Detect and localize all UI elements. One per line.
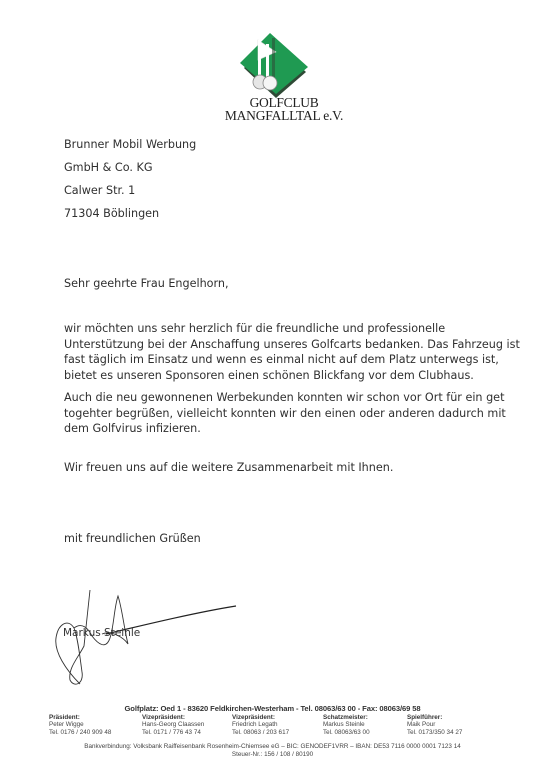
footer-officer: Vizepräsident: Friedrich Legath Tel. 080… xyxy=(232,714,289,736)
paragraph-line: Auch die neu gewonnenen Werbekunden konn… xyxy=(64,390,524,406)
officer-role: Vizepräsident: xyxy=(142,714,204,721)
footer-address: Golfplatz: Oed 1 - 83620 Feldkirchen-Wes… xyxy=(0,704,545,713)
closing: mit freundlichen Grüßen xyxy=(64,531,201,547)
paragraph-line: Unterstützung bei der Anschaffung unsere… xyxy=(64,337,524,353)
recipient-line: 71304 Böblingen xyxy=(64,207,159,220)
footer-officer: Spielführer: Maik Pour Tel. 0173/350 34 … xyxy=(407,714,462,736)
officer-phone: Tel. 08063 / 203 617 xyxy=(232,729,289,736)
officer-role: Vizepräsident: xyxy=(232,714,289,721)
paragraph-line: dem Golfvirus infizieren. xyxy=(64,421,524,437)
recipient-line: GmbH & Co. KG xyxy=(64,161,153,174)
officer-name: Peter Wigge xyxy=(49,721,111,728)
salutation: Sehr geehrte Frau Engelhorn, xyxy=(64,276,229,292)
recipient-line: Brunner Mobil Werbung xyxy=(64,138,196,151)
paragraph-2: Auch die neu gewonnenen Werbekunden konn… xyxy=(64,390,524,437)
recipient-line: Calwer Str. 1 xyxy=(64,184,135,197)
officer-phone: Tel. 0171 / 776 43 74 xyxy=(142,729,204,736)
paragraph-line: fast täglich im Einsatz und wenn es einm… xyxy=(64,352,524,368)
officer-role: Spielführer: xyxy=(407,714,462,721)
footer-officer: Vizepräsident: Hans-Georg Claassen Tel. … xyxy=(142,714,204,736)
club-name-line2: MANGFALLTAL e.V. xyxy=(220,109,348,122)
tax-line: Steuer-Nr.: 156 / 108 / 80190 xyxy=(0,751,545,759)
officer-role: Präsident: xyxy=(49,714,111,721)
paragraph-1: wir möchten uns sehr herzlich für die fr… xyxy=(64,321,524,383)
footer-officer: Präsident: Peter Wigge Tel. 0176 / 240 9… xyxy=(49,714,111,736)
officer-phone: Tel. 08063/63 00 xyxy=(323,729,370,736)
golf-club-logo-icon xyxy=(236,30,312,98)
officer-name: Friedrich Legath xyxy=(232,721,289,728)
officer-name: Hans-Georg Claassen xyxy=(142,721,204,728)
signer-name: Markus Steinle xyxy=(63,627,140,639)
officer-phone: Tel. 0173/350 34 27 xyxy=(407,729,462,736)
officer-role: Schatzmeister: xyxy=(323,714,370,721)
footer-officer: Schatzmeister: Markus Steinle Tel. 08063… xyxy=(323,714,370,736)
club-name: GOLFCLUB MANGFALLTAL e.V. xyxy=(220,96,348,122)
officer-name: Maik Pour xyxy=(407,721,462,728)
bank-line: Bankverbindung: Volksbank Raiffeisenbank… xyxy=(0,743,545,751)
paragraph-line: bietet es unseren Sponsoren einen schöne… xyxy=(64,368,524,384)
paragraph-3: Wir freuen uns auf die weitere Zusammena… xyxy=(64,460,393,476)
footer-bank-info: Bankverbindung: Volksbank Raiffeisenbank… xyxy=(0,743,545,758)
officer-phone: Tel. 0176 / 240 909 48 xyxy=(49,729,111,736)
paragraph-line: wir möchten uns sehr herzlich für die fr… xyxy=(64,321,524,337)
officer-name: Markus Steinle xyxy=(323,721,370,728)
paragraph-line: togehter begrüßen, vielleicht konnten wi… xyxy=(64,406,524,422)
